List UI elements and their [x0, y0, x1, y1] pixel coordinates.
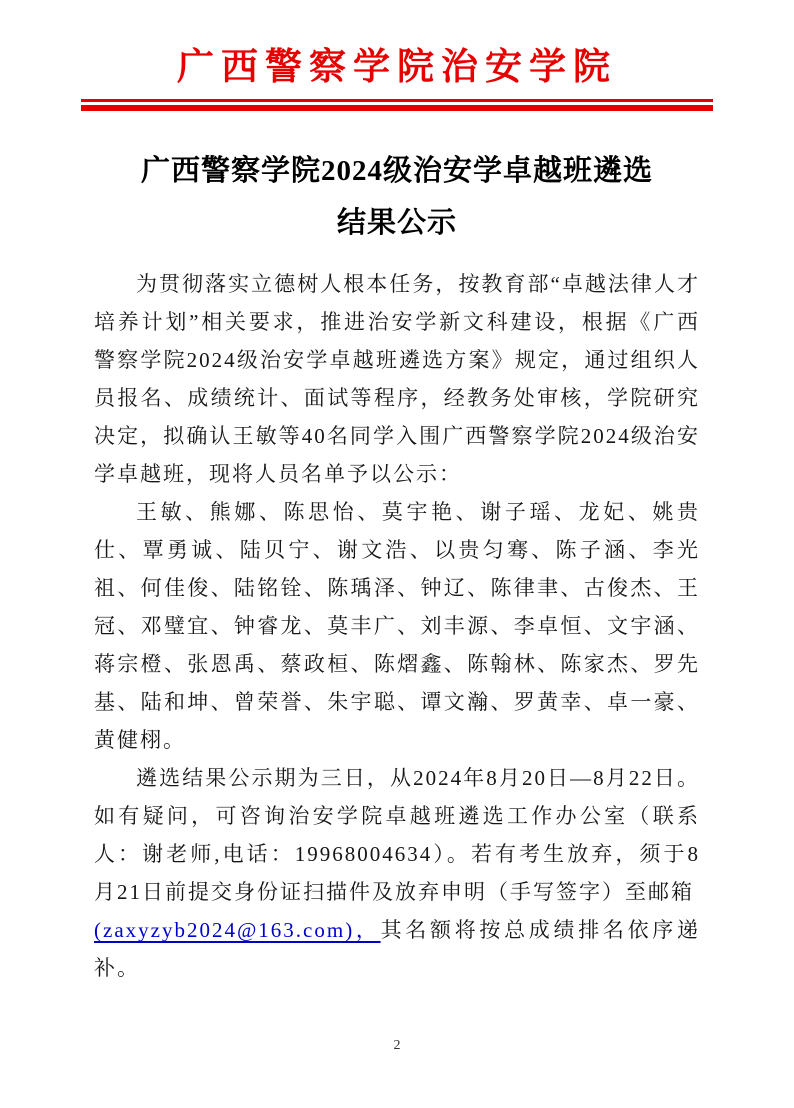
candidates-list: 王敏、熊娜、陈思怡、莫宇艳、谢子瑶、龙妃、姚贵仕、覃勇诚、陆贝宁、谢文浩、以贵匀…: [94, 500, 700, 752]
notice-title-line-1: 广西警察学院2024级治安学卓越班遴选: [0, 145, 794, 197]
closing-text-before-link: 遴选结果公示期为三日，从2024年8月20日—8月22日。如有疑问，可咨询治安学…: [94, 766, 700, 904]
letterhead-rule-thick: [81, 105, 713, 111]
notice-body: 为贯彻落实立德树人根本任务，按教育部“卓越法律人才培养计划”相关要求，推进治安学…: [94, 265, 700, 987]
closing-paragraph: 遴选结果公示期为三日，从2024年8月20日—8月22日。如有疑问，可咨询治安学…: [94, 759, 700, 987]
letterhead-org-name: 广西警察学院治安学院: [0, 44, 794, 92]
candidates-paragraph: 王敏、熊娜、陈思怡、莫宇艳、谢子瑶、龙妃、姚贵仕、覃勇诚、陆贝宁、谢文浩、以贵匀…: [94, 493, 700, 759]
page-number: 2: [0, 1038, 794, 1054]
notice-title-line-2: 结果公示: [0, 197, 794, 249]
email-link[interactable]: (zaxyzyb2024@163.com)，: [94, 918, 381, 942]
document-page: 广西警察学院治安学院 广西警察学院2024级治安学卓越班遴选 结果公示 为贯彻落…: [0, 0, 794, 1108]
letterhead-rule-thin: [81, 99, 713, 102]
notice-title: 广西警察学院2024级治安学卓越班遴选 结果公示: [0, 145, 794, 249]
letterhead-double-rule: [81, 99, 713, 111]
letterhead: 广西警察学院治安学院: [0, 0, 794, 111]
intro-paragraph: 为贯彻落实立德树人根本任务，按教育部“卓越法律人才培养计划”相关要求，推进治安学…: [94, 265, 700, 493]
candidates-terminator: 。: [163, 728, 186, 752]
